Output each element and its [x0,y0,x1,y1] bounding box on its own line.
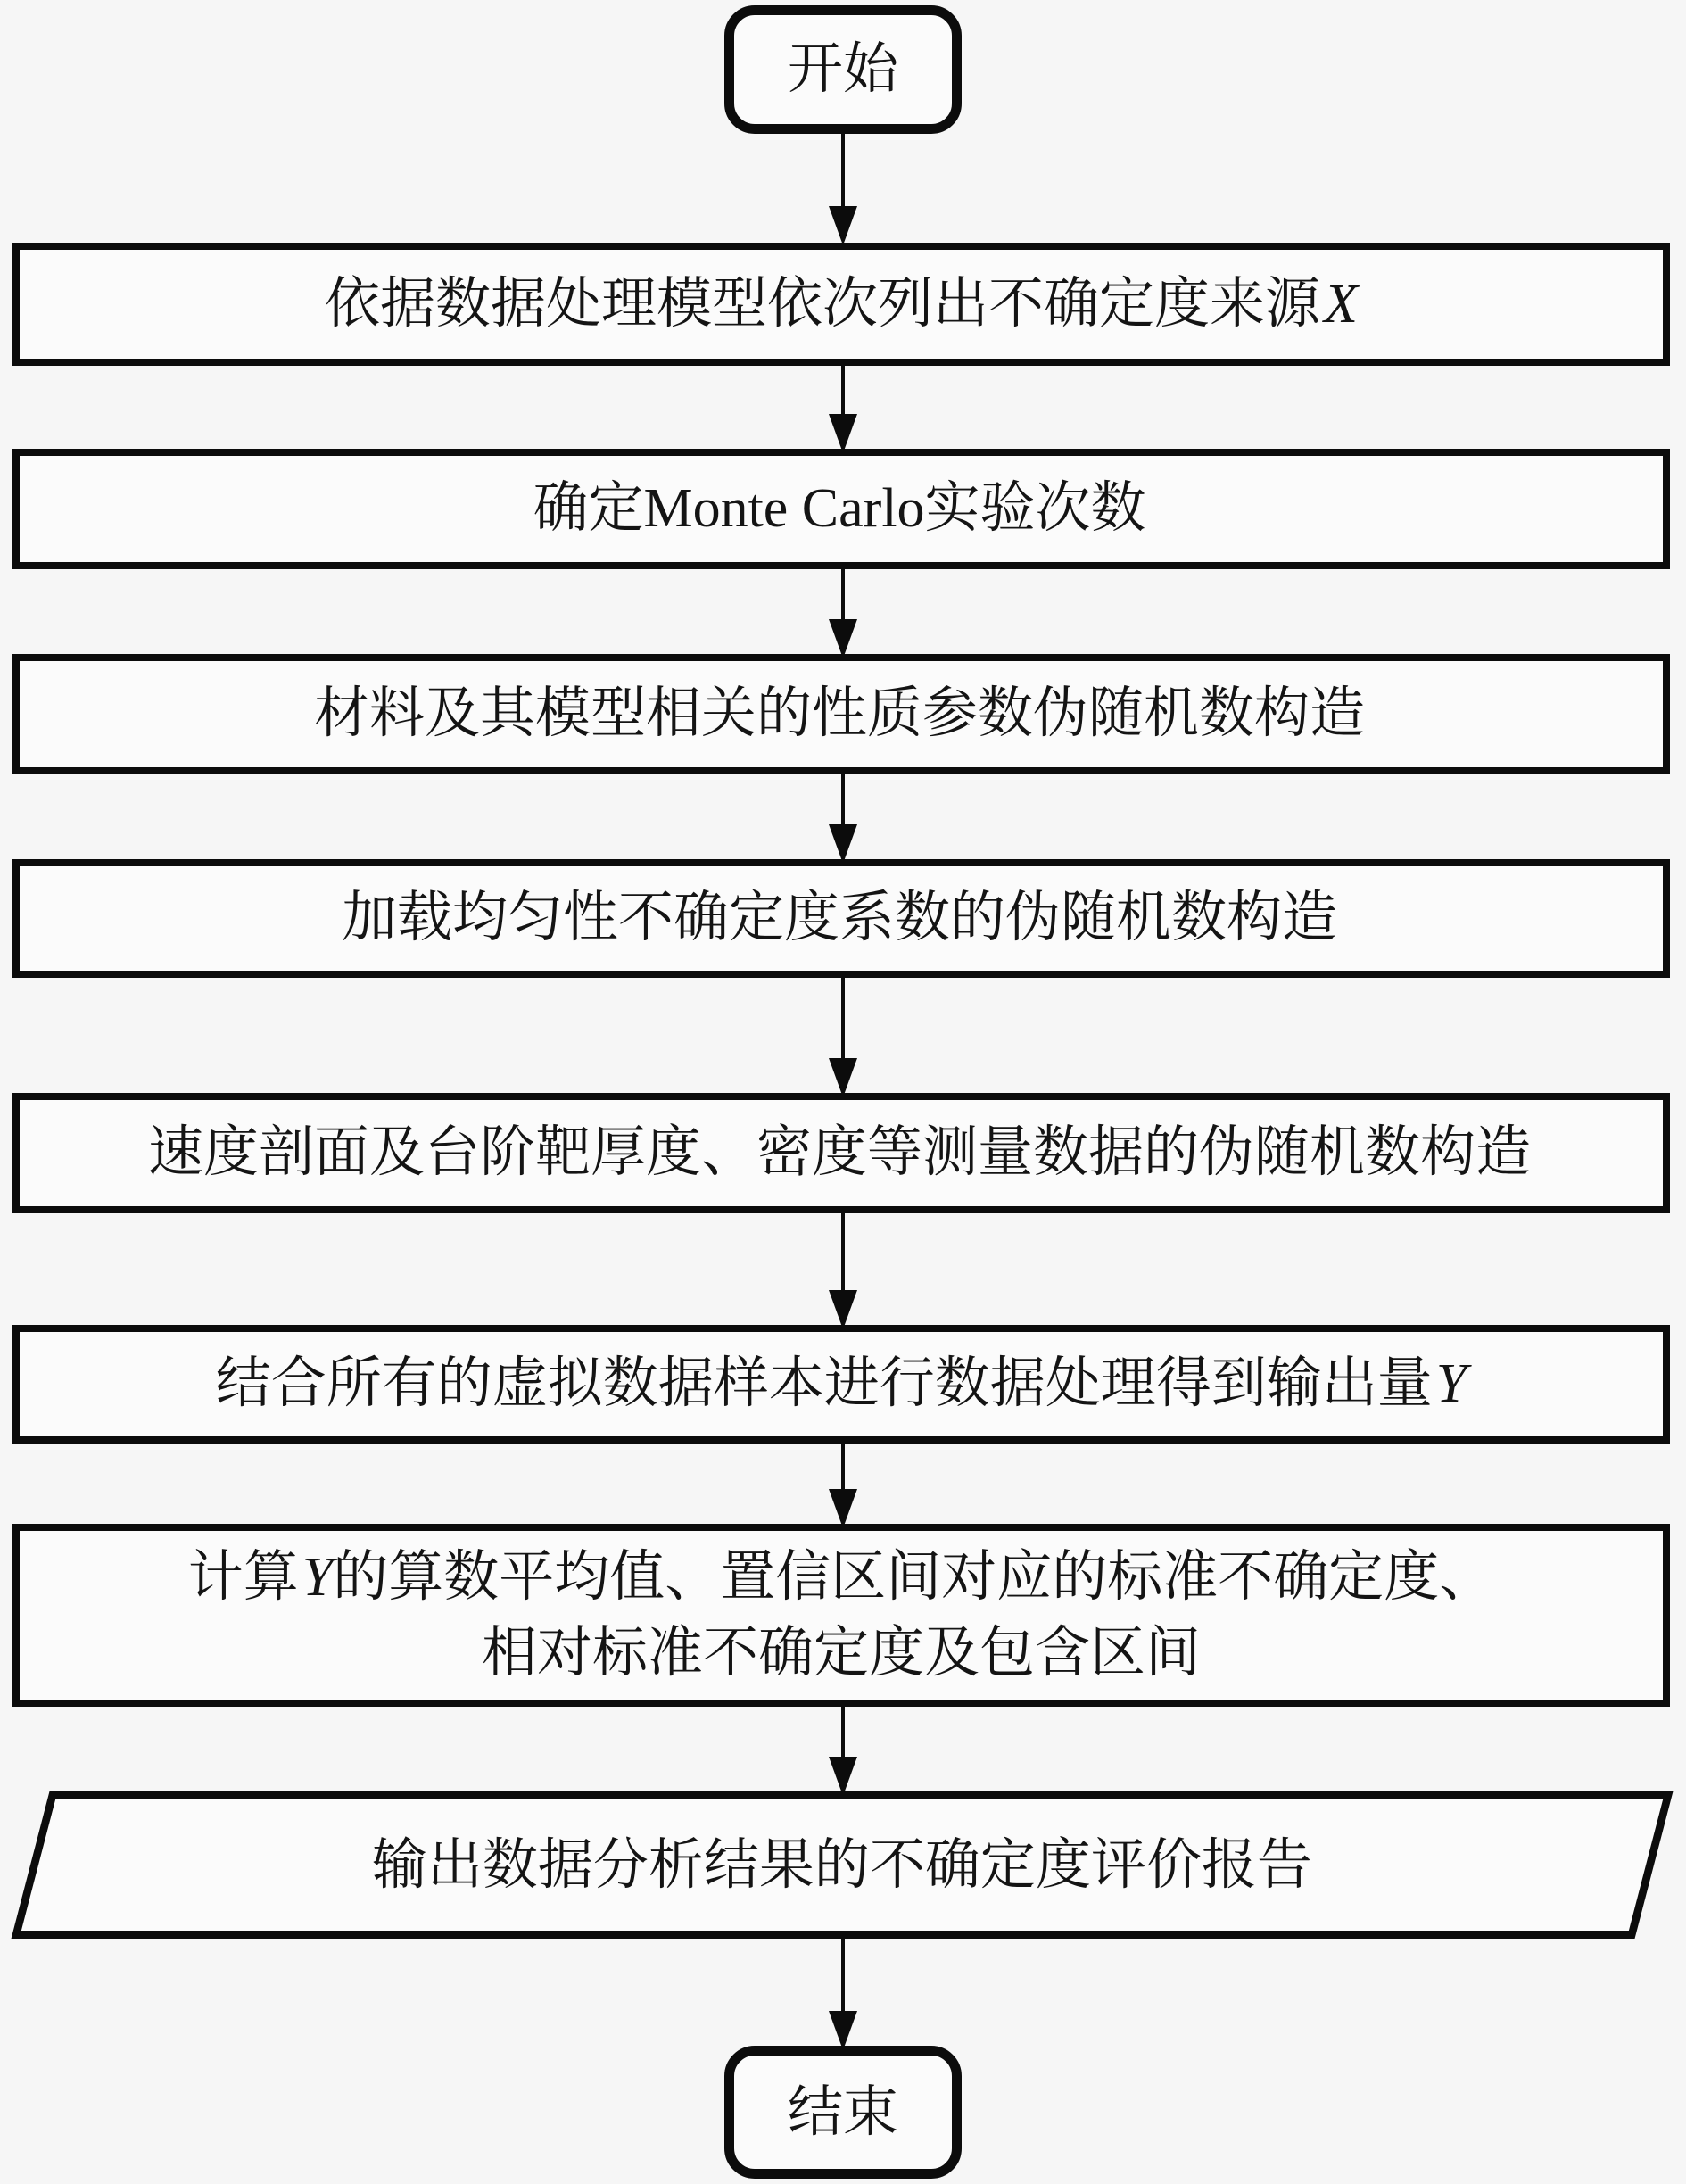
step3-text: 材料及其模型相关的性质参数伪随机数构造 [314,683,1365,744]
step7-line2: 相对标准不确定度及包含区间 [482,1616,1201,1691]
arrow-step1-to-step2 [829,364,857,453]
step1-text: 依据数据处理模型依次列出不确定度来源 [325,274,1320,335]
step4-label: 加载均匀性不确定度系数的伪随机数构造 [342,881,1341,955]
step3-label: 材料及其模型相关的性质参数伪随机数构造 [314,676,1368,751]
end-node: 结束 [724,2046,962,2179]
output-node-report: 输出数据分析结果的不确定度评价报告 [12,1791,1674,1939]
step2-variable [1146,478,1150,539]
step5-variable [1531,1122,1534,1183]
step6-variable: Y [1433,1353,1467,1414]
arrow-step2-to-step3 [829,567,857,658]
process-step-loading-uniformity-prng: 加载均匀性不确定度系数的伪随机数构造 [12,859,1670,978]
step2-text: 确定Monte Carlo实验次数 [533,478,1145,539]
step4-variable [1337,888,1341,948]
arrow-step7-to-output [829,1705,857,1796]
step5-label: 速度剖面及台阶靶厚度、密度等测量数据的伪随机数构造 [148,1115,1534,1190]
arrow-output-to-end [829,1937,857,2050]
flowchart-canvas: 开始 依据数据处理模型依次列出不确定度来源X [0,0,1686,2184]
step3-variable [1365,683,1368,744]
step7-variable: Y [299,1547,333,1608]
arrow-step4-to-step5 [829,976,857,1097]
step4-text: 加载均匀性不确定度系数的伪随机数构造 [342,888,1337,948]
process-step-monte-carlo-runs: 确定Monte Carlo实验次数 [12,449,1670,569]
end-label: 结束 [788,2085,898,2140]
step2-label: 确定Monte Carlo实验次数 [533,471,1149,546]
step6-label: 结合所有的虚拟数据样本进行数据处理得到输出量Y [216,1346,1467,1421]
process-step-measurement-data-prng: 速度剖面及台阶靶厚度、密度等测量数据的伪随机数构造 [12,1093,1670,1213]
output-label: 输出数据分析结果的不确定度评价报告 [372,1838,1312,1893]
start-label: 开始 [788,42,898,97]
process-step-data-processing-output: 结合所有的虚拟数据样本进行数据处理得到输出量Y [12,1325,1670,1444]
arrow-step5-to-step6 [829,1212,857,1329]
step1-variable: X [1320,274,1358,335]
process-step-list-uncertainty-sources: 依据数据处理模型依次列出不确定度来源X [12,243,1670,366]
start-node: 开始 [724,5,962,134]
step7-line1-post: 的算数平均值、置信区间对应的标准不确定度、 [333,1547,1494,1608]
step7-line1-pre: 计算 [188,1547,299,1608]
process-step-material-params-prng: 材料及其模型相关的性质参数伪随机数构造 [12,654,1670,774]
step5-text: 速度剖面及台阶靶厚度、密度等测量数据的伪随机数构造 [148,1122,1531,1183]
step1-label: 依据数据处理模型依次列出不确定度来源X [325,267,1358,342]
step6-text: 结合所有的虚拟数据样本进行数据处理得到输出量 [216,1353,1433,1414]
arrow-step6-to-step7 [829,1442,857,1528]
step7-line1: 计算Y的算数平均值、置信区间对应的标准不确定度、 [188,1540,1495,1615]
arrow-start-to-step1 [829,134,857,245]
process-step-compute-statistics: 计算Y的算数平均值、置信区间对应的标准不确定度、 相对标准不确定度及包含区间 [12,1524,1670,1707]
arrow-step3-to-step4 [829,773,857,864]
